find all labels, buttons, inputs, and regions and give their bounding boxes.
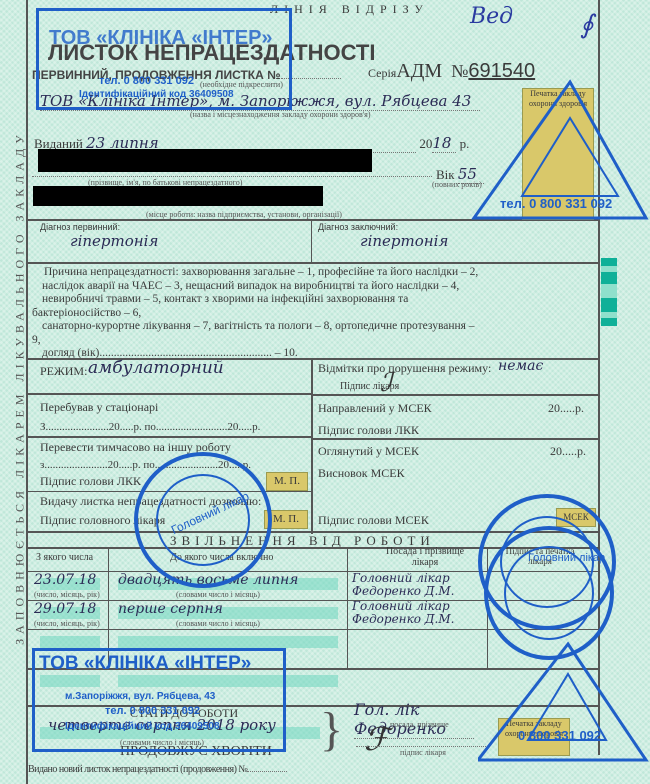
msek-examined-label: Оглянутий у МСЕК: [318, 444, 419, 459]
redacted-name: [38, 149, 372, 172]
diagnosis-primary-label: Діагноз первинний:: [40, 222, 120, 232]
hospital-dates: З.......................20.....р. по....…: [40, 421, 260, 433]
work-hint: (місце роботи: назва підприємства, устан…: [146, 210, 342, 219]
divider: [28, 262, 598, 264]
cut-line-label: ЛІНІЯ ВІДРІЗУ: [270, 2, 429, 17]
divider: [28, 436, 312, 438]
header-doctor: Посада і прізвище лікаря: [380, 546, 470, 568]
diagnosis-final-value: гіпертонія: [360, 232, 448, 250]
new-sheet-label: Видано новий листок непрацездатності (пр…: [28, 764, 287, 775]
hospital-label: Перебував у стаціонарі: [40, 400, 158, 415]
stamp-phone: тел. 0 800 331 092: [105, 705, 200, 717]
cause-list: Причина непрацездатності: захворювання з…: [32, 266, 552, 361]
stamp-round-center: Головний лікар: [528, 552, 605, 564]
divider: [28, 393, 312, 395]
cause-line: бактеріоносійство – 6,: [32, 307, 552, 321]
diagnosis-primary-value: гіпертонія: [70, 232, 158, 250]
cause-line: Причина непрацездатності: захворювання з…: [32, 266, 552, 280]
regime-label: РЕЖИМ:: [40, 364, 87, 379]
clinic-stamp-top: ТОВ «КЛІНІКА «ІНТЕР» тел. 0 800 331 092 …: [36, 8, 292, 110]
row-1-doctor: Головний лікар Федоренко Д.М.: [352, 572, 482, 598]
brace: }: [320, 702, 343, 757]
redacted-workplace: [33, 186, 323, 206]
row-1-from: 23.07.18: [34, 572, 96, 588]
violation-value: немає: [498, 358, 543, 374]
doctor-sign-hint: підпис лікаря: [400, 748, 446, 757]
cause-line: санаторно-курортне лікування – 7, вагітн…: [32, 320, 552, 334]
svg-text:тел. 0 800 331 092: тел. 0 800 331 092: [500, 196, 612, 211]
row-2-doctor: Головний лікар Федоренко Д.М.: [352, 600, 482, 626]
cause-line: 9,: [32, 334, 552, 348]
highlight: [40, 636, 100, 648]
series-value: АДМ: [396, 60, 442, 82]
header-from: З якого числа: [36, 552, 93, 563]
msek-referred-label: Направлений у МСЕК: [318, 401, 432, 416]
msek-examined-year: 20.....р.: [550, 444, 586, 459]
corner-initials: ∮: [580, 10, 594, 40]
stamp-id: Ідентифікаційний код 36409508: [79, 89, 234, 100]
name-line: [32, 176, 432, 177]
position-hint: посада, прізвище: [390, 720, 449, 729]
regime-value: амбулаторний: [88, 358, 224, 378]
msek-referred-year: 20.....р.: [548, 401, 584, 416]
institution-hint: (назва і місцезнаходження закладу охорон…: [190, 110, 371, 119]
year-value: 18: [432, 134, 456, 153]
msek-conclusion-label: Висновок МСЕК: [318, 466, 405, 481]
words-hint: (словами число і місяць): [176, 619, 260, 628]
svg-text:0 800 331 092: 0 800 331 092: [518, 728, 601, 743]
security-marks: [601, 258, 617, 326]
divider: [312, 438, 598, 440]
number-label: №: [451, 61, 468, 81]
msek-head-sign-label: Підпис голови МСЕК: [318, 513, 429, 528]
corner-signature: Вед: [470, 4, 513, 29]
triangle-stamp-top: тел. 0 800 331 092: [470, 78, 650, 226]
date-hint: (число, місяць, рік): [34, 590, 100, 599]
mp-stamp-area: М. П.: [266, 472, 308, 491]
divider: [312, 394, 598, 396]
year-suffix: р.: [460, 136, 470, 151]
cause-line: невиробничі травми – 5, контакт з хворим…: [32, 293, 552, 307]
cause-line: наслідок аварії на ЧАЕС – 3, нещасний ви…: [32, 280, 552, 294]
row-2-to: перше серпня: [118, 601, 223, 617]
clinic-stamp-bottom: ТОВ «КЛІНІКА «ІНТЕР» м.Запоріжжя, вул. Р…: [32, 648, 286, 752]
year-prefix: 20: [419, 136, 432, 151]
highlight: [118, 636, 338, 648]
date-hint: (число, місяць, рік): [34, 619, 100, 628]
triangle-stamp-bottom: 0 800 331 092: [478, 640, 650, 784]
doctor-round-stamp: Головний лікар: [134, 452, 272, 588]
stamp-clinic-name: ТОВ «КЛІНІКА «ІНТЕР»: [49, 27, 273, 50]
stamp-id: Ідентифікаційний код 36409508: [65, 721, 220, 732]
new-sheet-text: Видано новий листок непрацездатності (пр…: [28, 764, 247, 775]
divider: [311, 358, 313, 534]
diagnosis-final-label: Діагноз заключний:: [318, 222, 398, 232]
doctor-final-signature: ℱ: [364, 720, 389, 758]
lkk-head-sign-label: Підпис голови ЛКК: [318, 423, 419, 438]
stamp-phone: тел. 0 800 331 092: [99, 75, 194, 87]
divider: [311, 220, 312, 262]
violation-label: Відмітки про порушення режиму:: [318, 361, 491, 376]
lkk-sign-label: Підпис голови ЛКК: [40, 474, 141, 489]
divider: [347, 547, 348, 669]
row-2-from: 29.07.18: [34, 601, 96, 617]
sign-line: [356, 746, 486, 747]
left-border: [26, 0, 28, 784]
words-hint: (словами число і місяць): [176, 590, 260, 599]
stamp-clinic-name: ТОВ «КЛІНІКА «ІНТЕР»: [39, 653, 251, 675]
series-label: Серія: [368, 66, 396, 80]
stamp-address: м.Запоріжжя, вул. Рябцева, 43: [65, 691, 215, 702]
